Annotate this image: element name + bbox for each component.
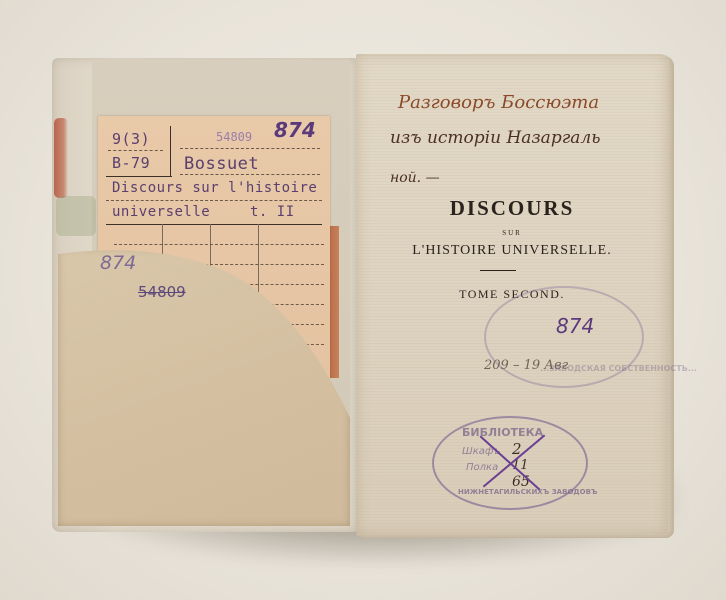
card-title-line1: Discours sur l'histoire <box>112 180 317 196</box>
card-rule <box>180 148 320 149</box>
library-stamp-header: БИБЛIОТЕКА <box>462 426 543 439</box>
card-rule <box>106 176 172 177</box>
book-title: DISCOURS <box>356 196 668 221</box>
card-grid-row <box>114 244 324 245</box>
book-title-sur: SUR <box>356 229 668 237</box>
faded-number: 54809 <box>216 130 252 144</box>
library-stamp-rim: НИЖНЕТАГИЛЬСКИХЪ ЗАВОДОВЪ <box>458 488 598 496</box>
shelf-mark-bottom: B-79 <box>112 154 150 172</box>
pocket-inventory-number: 874 <box>100 252 136 274</box>
green-stain <box>56 196 96 236</box>
card-author: Bossuet <box>184 154 259 174</box>
title-divider <box>480 270 516 271</box>
card-inventory-number: 874 <box>274 118 316 142</box>
card-volume: t. II <box>250 204 295 220</box>
card-divider <box>170 126 171 176</box>
red-stain <box>54 118 68 198</box>
shelf-mark-top: 9(3) <box>112 130 150 148</box>
card-rule <box>106 200 322 201</box>
book-subtitle: L'HISTOIRE UNIVERSELLE. <box>356 243 668 259</box>
card-rule <box>108 150 163 151</box>
stamp-inventory-number: 874 <box>556 314 594 338</box>
card-rule <box>106 224 322 225</box>
card-title-line2: universelle <box>112 204 210 220</box>
library-stamp-row2-label: Полка <box>466 462 498 473</box>
upper-stamp-rim: ...ЗАВОДСКАЯ СОБСТВЕННОСТЬ... <box>540 364 697 373</box>
pocket-struck-number: 54809 <box>138 283 186 301</box>
card-rule <box>180 174 320 175</box>
